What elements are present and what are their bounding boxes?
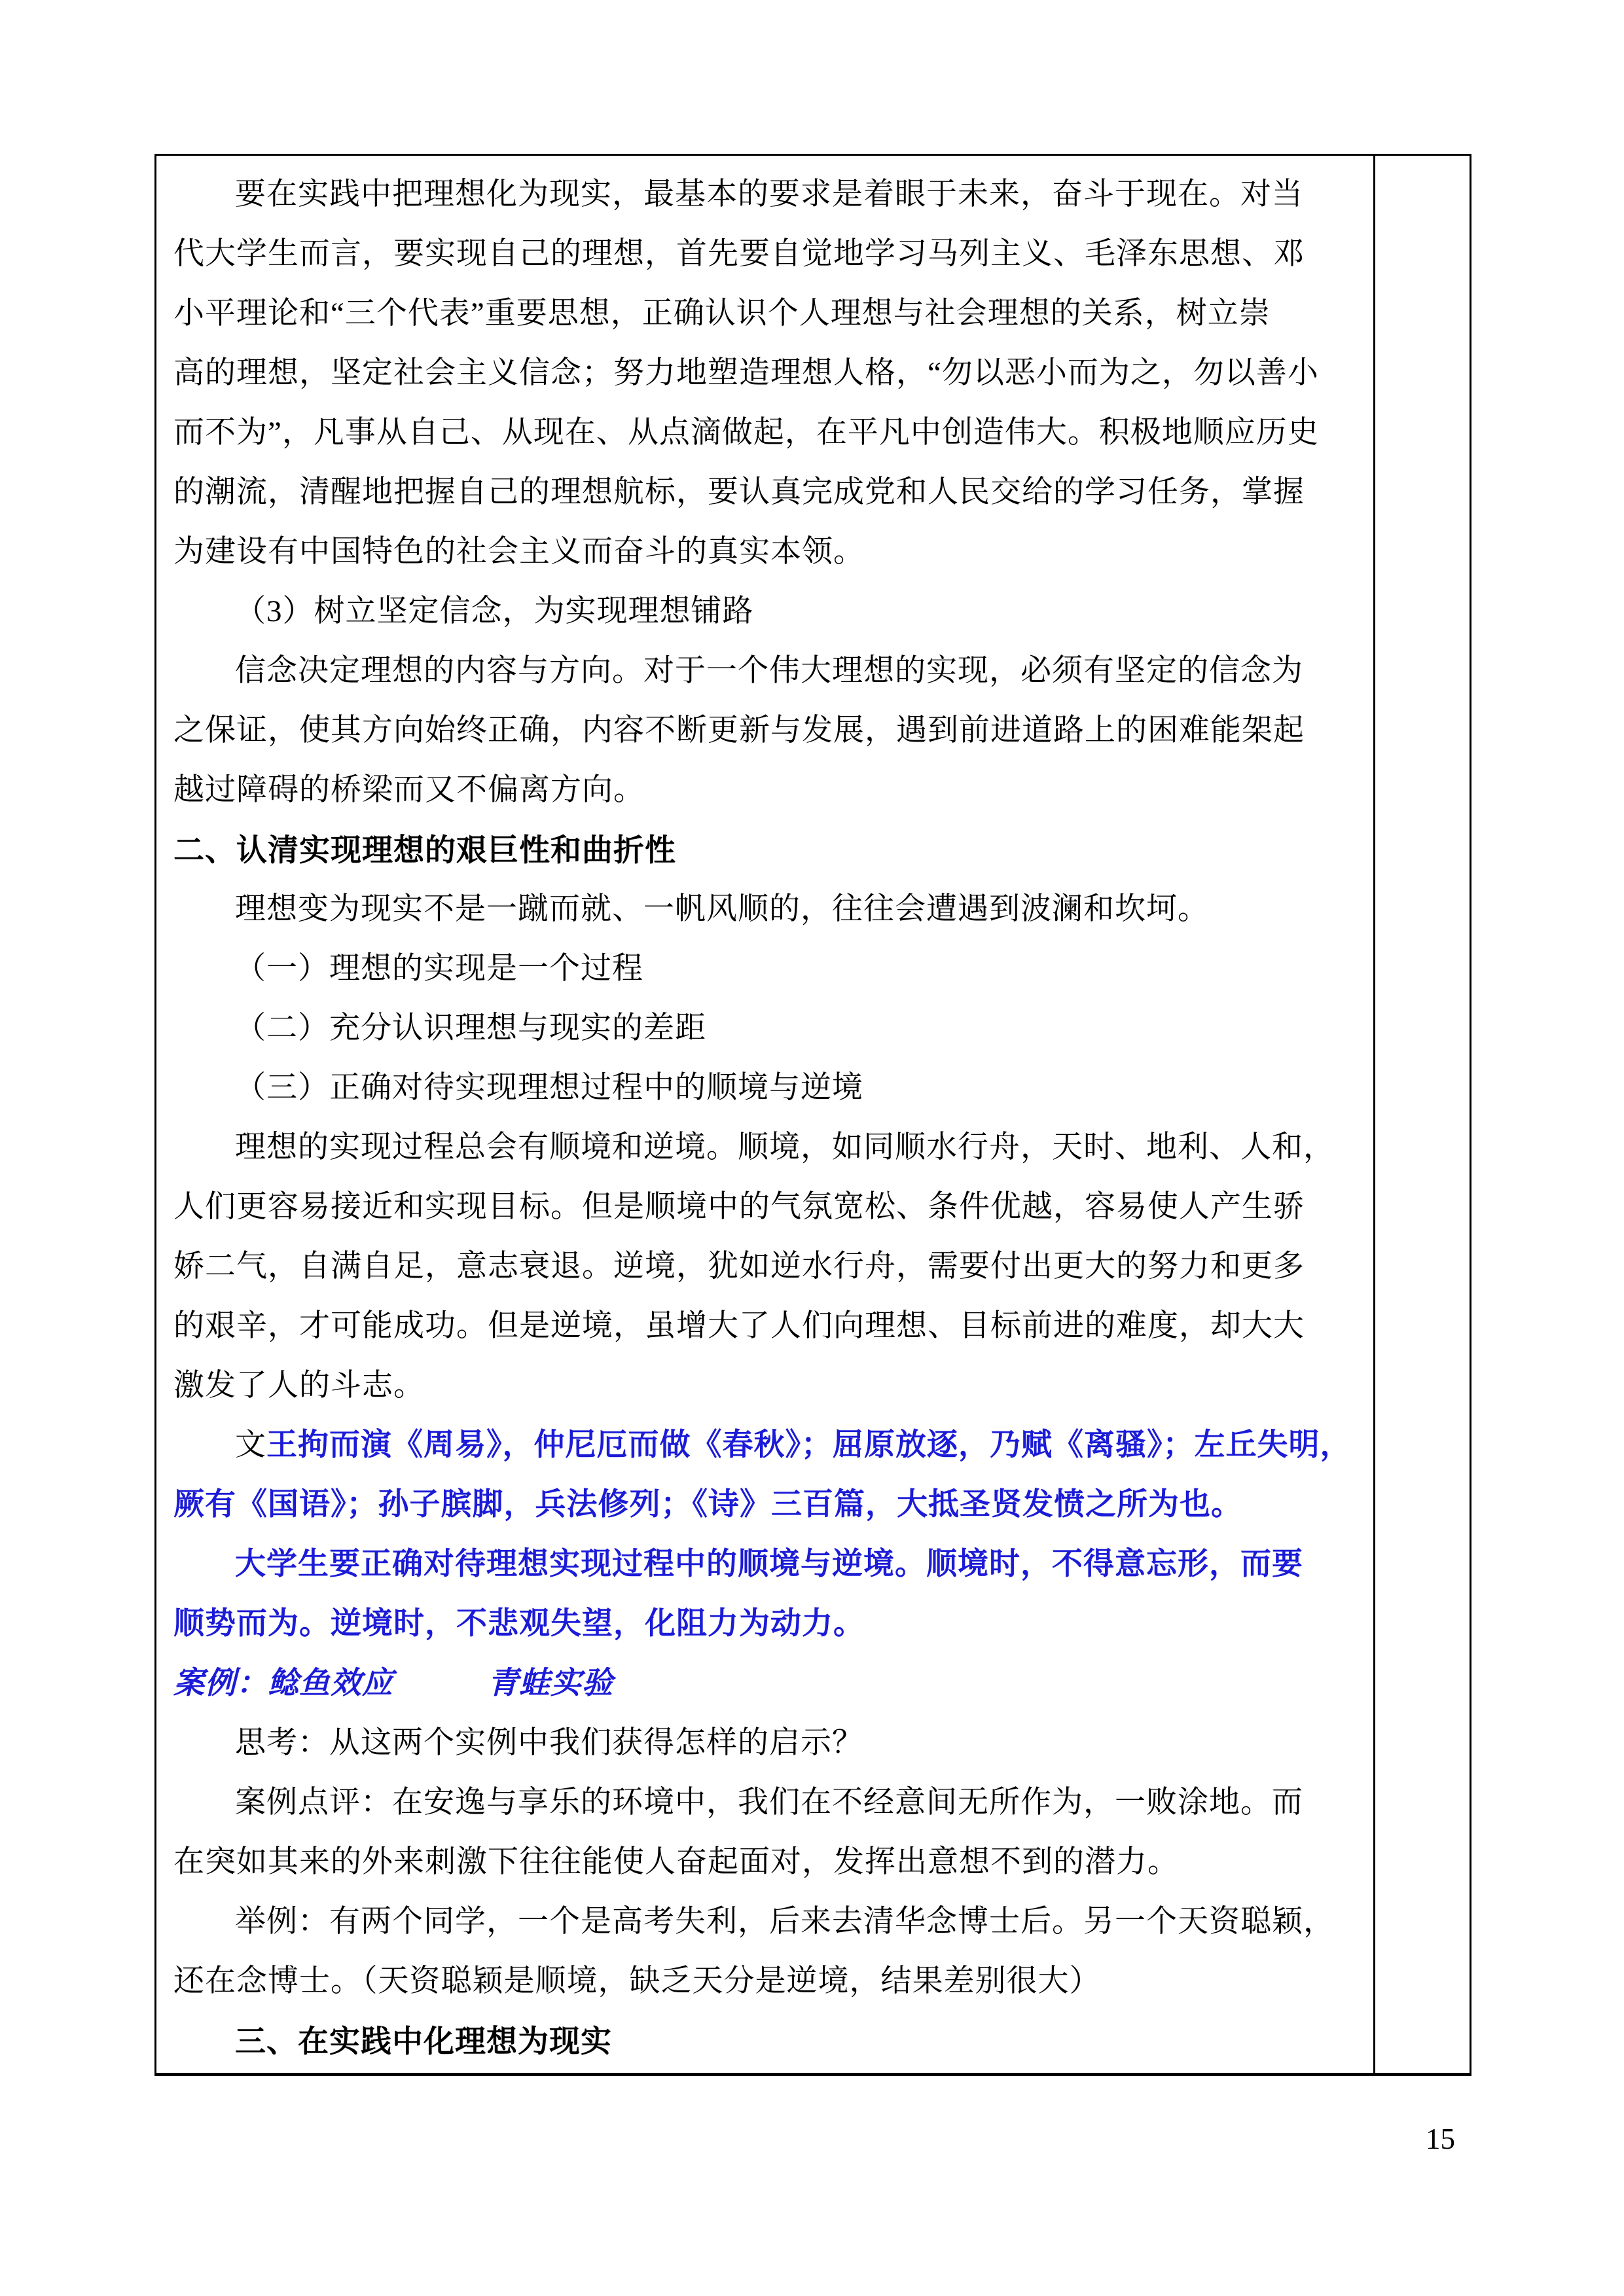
text-run-black-prefix: 文 xyxy=(235,1428,266,1462)
text-line: 二、认清实现理想的艰巨性和曲折性 xyxy=(173,820,1362,880)
page-number: 15 xyxy=(1426,2123,1455,2155)
text-line: （二）充分认识理想与现实的差距 xyxy=(173,999,1362,1058)
text-line: 大学生要正确对待理想实现过程中的顺境与逆境。顺境时，不得意忘形，而要 xyxy=(173,1535,1362,1594)
text-line: 案例：鲶鱼效应 青蛙实验 xyxy=(173,1654,1362,1713)
document-lines: 要在实践中把理想化为现实，最基本的要求是着眼于未来，奋斗于现在。对当代大学生而言… xyxy=(156,156,1373,2073)
text-line: 为建设有中国特色的社会主义而奋斗的真实本领。 xyxy=(173,522,1362,582)
text-line: 高的理想，坚定社会主义信念；努力地塑造理想人格，“勿以恶小而为之，勿以善小 xyxy=(173,344,1362,403)
text-line: 举例：有两个同学，一个是高考失利，后来去清华念博士后。另一个天资聪颖， xyxy=(173,1892,1362,1952)
text-line: 三、在实践中化理想为现实 xyxy=(173,2011,1362,2071)
text-line: （一）理想的实现是一个过程 xyxy=(173,939,1362,999)
text-line: （三）正确对待实现理想过程中的顺境与逆境 xyxy=(173,1058,1362,1118)
text-run-blue: 王拘而演《周易》，仲尼厄而做《春秋》；屈原放逐，乃赋《离骚》；左丘失明， xyxy=(266,1428,1352,1462)
text-line: 案例点评：在安逸与享乐的环境中，我们在不经意间无所作为，一败涂地。而 xyxy=(173,1773,1362,1833)
text-line: 娇二气，自满自足，意志衰退。逆境，犹如逆水行舟，需要付出更大的努力和更多 xyxy=(173,1237,1362,1297)
text-line: 越过障碍的桥梁而又不偏离方向。 xyxy=(173,761,1362,820)
text-line: 厥有《国语》；孙子膑脚，兵法修列；《诗》三百篇，大抵圣贤发愤之所为也。 xyxy=(173,1475,1362,1535)
text-line: 理想变为现实不是一蹴而就、一帆风顺的，往往会遭遇到波澜和坎坷。 xyxy=(173,880,1362,939)
text-line: 思考：从这两个实例中我们获得怎样的启示？ xyxy=(173,1713,1362,1773)
lesson-plan-table: 要在实践中把理想化为现实，最基本的要求是着眼于未来，奋斗于现在。对当代大学生而言… xyxy=(154,154,1471,2076)
text-line: 文王拘而演《周易》，仲尼厄而做《春秋》；屈原放逐，乃赋《离骚》；左丘失明， xyxy=(173,1416,1362,1475)
text-line: 信念决定理想的内容与方向。对于一个伟大理想的实现，必须有坚定的信念为 xyxy=(173,641,1362,701)
text-line: 而不为”，凡事从自己、从现在、从点滴做起，在平凡中创造伟大。积极地顺应历史 xyxy=(173,403,1362,463)
text-line: 之保证，使其方向始终正确，内容不断更新与发展，遇到前进道路上的困难能架起 xyxy=(173,701,1362,761)
text-line: 理想的实现过程总会有顺境和逆境。顺境，如同顺水行舟，天时、地利、人和， xyxy=(173,1118,1362,1177)
text-line: 在突如其来的外来刺激下往往能使人奋起面对，发挥出意想不到的潜力。 xyxy=(173,1833,1362,1892)
text-line: 人们更容易接近和实现目标。但是顺境中的气氛宽松、条件优越，容易使人产生骄 xyxy=(173,1177,1362,1237)
text-line: 的潮流，清醒地把握自己的理想航标，要认真完成党和人民交给的学习任务，掌握 xyxy=(173,463,1362,522)
text-line: 的艰辛，才可能成功。但是逆境，虽增大了人们向理想、目标前进的难度，却大大 xyxy=(173,1297,1362,1356)
text-line: 顺势而为。逆境时，不悲观失望，化阻力为动力。 xyxy=(173,1594,1362,1654)
text-line: 代大学生而言，要实现自己的理想，首先要自觉地学习马列主义、毛泽东思想、邓 xyxy=(173,224,1362,284)
text-line: 小平理论和“三个代表”重要思想，正确认识个人理想与社会理想的关系，树立崇 xyxy=(173,284,1362,344)
text-line: （3）树立坚定信念，为实现理想铺路 xyxy=(173,582,1362,641)
text-line: 要在实践中把理想化为现实，最基本的要求是着眼于未来，奋斗于现在。对当 xyxy=(173,165,1362,224)
text-line: 还在念博士。（天资聪颖是顺境，缺乏天分是逆境，结果差别很大） xyxy=(173,1952,1362,2011)
text-line: 激发了人的斗志。 xyxy=(173,1356,1362,1416)
notes-column-empty xyxy=(1375,156,1470,2073)
